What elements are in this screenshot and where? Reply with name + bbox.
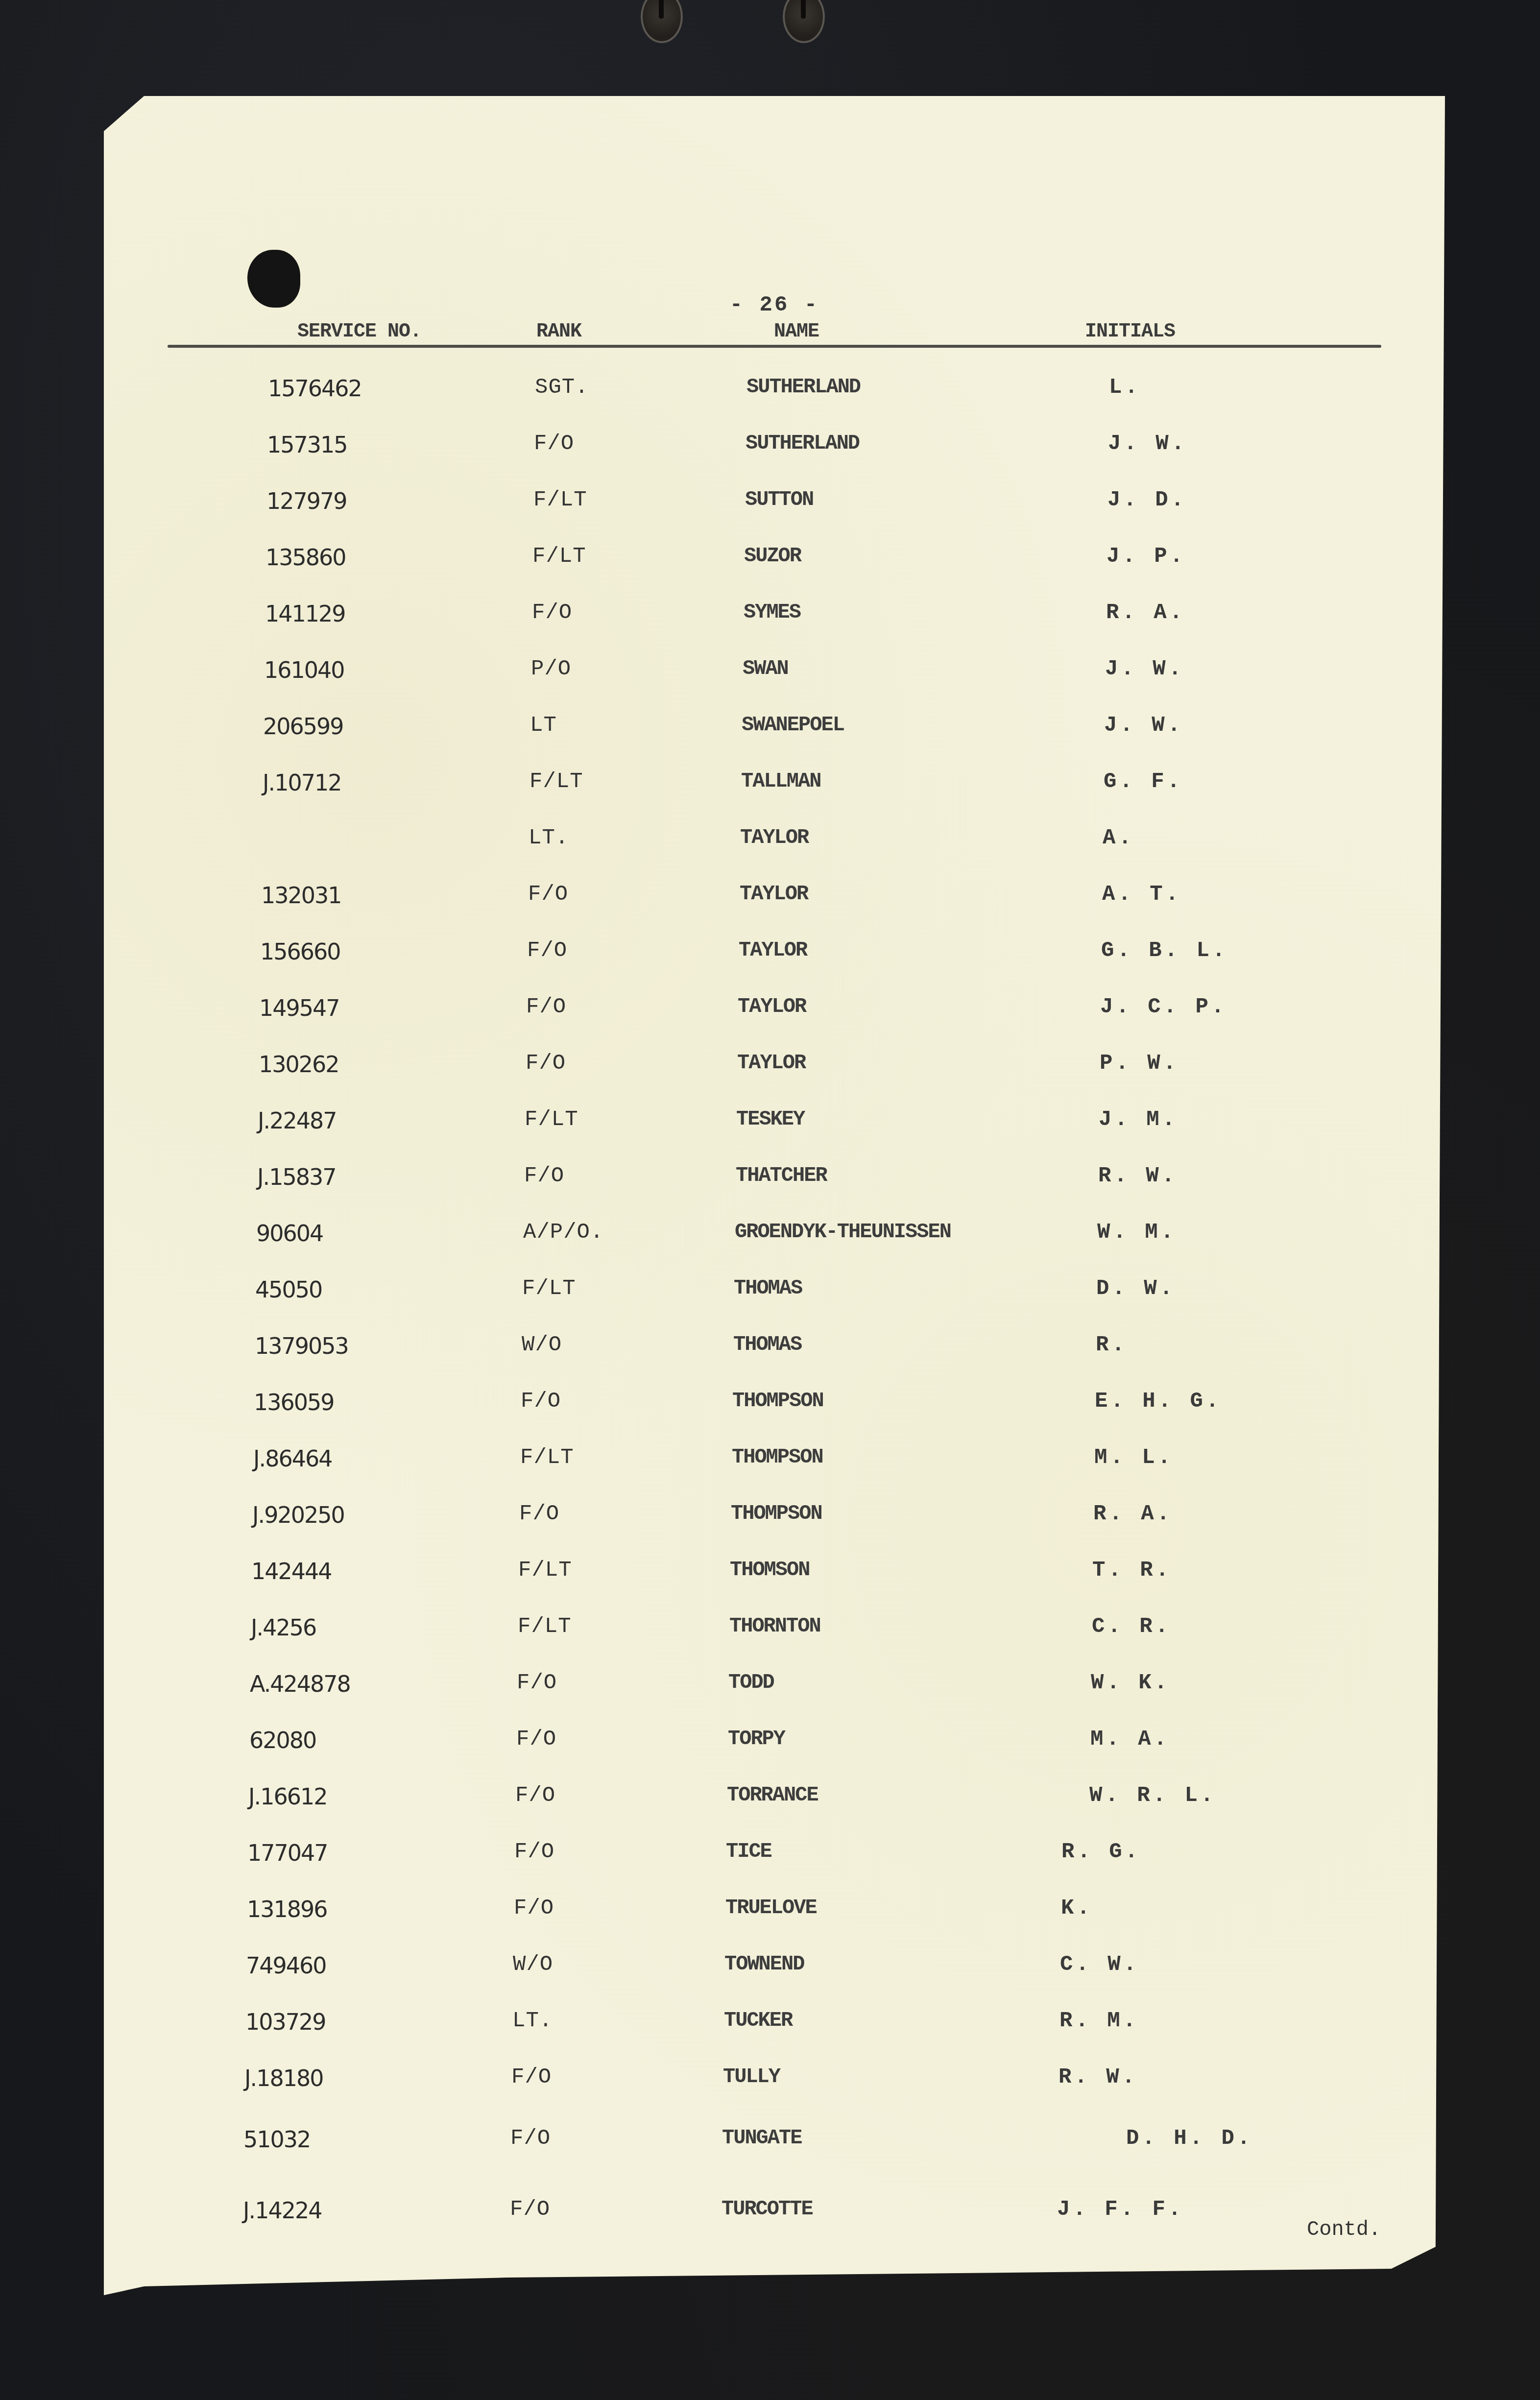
column-header-initials: INITIALS [1085, 321, 1175, 343]
rank-cell: F/LT [529, 769, 583, 794]
table-row: 131896F/OTRUELOVEK. [104, 1896, 1445, 1925]
initials-cell: R. G. [1061, 1840, 1141, 1864]
surname-cell: TUNGATE [722, 2126, 801, 2150]
table-row: 749460W/OTOWNENDC. W. [104, 1952, 1445, 1982]
service-number-cell: 45050 [255, 1276, 322, 1303]
binder-clip-left-icon [641, 0, 683, 43]
service-number-cell: 177047 [247, 1840, 328, 1866]
service-number-cell: 62080 [249, 1727, 316, 1753]
initials-cell: K. [1061, 1896, 1093, 1920]
rank-cell: W/O [522, 1333, 562, 1357]
rank-cell: F/LT [518, 1614, 572, 1639]
surname-cell: THATCHER [736, 1164, 827, 1187]
service-number-cell: J.15837 [257, 1164, 336, 1190]
service-number-cell: J.16612 [248, 1783, 327, 1810]
table-row: A.424878F/OTODDW. K. [104, 1671, 1445, 1700]
initials-cell: R. A. [1093, 1502, 1173, 1526]
initials-cell: W. M. [1097, 1220, 1177, 1245]
column-header-rank: RANK [536, 321, 581, 343]
table-row: J.18180F/OTULLYR. W. [104, 2065, 1445, 2094]
service-number-cell: 149547 [259, 995, 339, 1021]
surname-cell: THOMAS [733, 1333, 801, 1356]
table-row: LT.TAYLORA. [104, 826, 1445, 855]
surname-cell: TAYLOR [740, 826, 808, 849]
rank-cell: F/O [526, 1051, 566, 1076]
rank-cell: F/LT [532, 544, 586, 569]
service-number-cell: J.4256 [251, 1614, 316, 1641]
table-row: J.22487F/LTTESKEYJ. M. [104, 1107, 1445, 1137]
service-number-cell: 132031 [261, 882, 341, 909]
rank-cell: F/O [514, 1840, 554, 1864]
rank-cell: F/O [514, 1896, 554, 1920]
rank-cell: F/O [524, 1164, 564, 1188]
initials-cell: D. H. D. [1126, 2126, 1253, 2151]
rank-cell: F/O [510, 2197, 550, 2222]
initials-cell: R. [1096, 1333, 1128, 1357]
table-row: 156660F/OTAYLORG. B. L. [104, 938, 1445, 968]
surname-cell: TICE [726, 1840, 771, 1863]
surname-cell: TRUELOVE [725, 1896, 817, 1920]
table-row: 161040P/OSWANJ. W. [104, 657, 1445, 686]
service-number-cell: 130262 [259, 1051, 339, 1078]
initials-cell: A. T. [1102, 882, 1181, 907]
table-row: 136059F/OTHOMPSONE. H. G. [104, 1389, 1445, 1418]
initials-cell: J. W. [1104, 713, 1183, 738]
surname-cell: GROENDYK-THEUNISSEN [735, 1220, 951, 1244]
service-number-cell: 141129 [265, 600, 345, 627]
rank-cell: LT. [529, 826, 569, 850]
column-header-name: NAME [774, 321, 819, 343]
service-number-cell: 127979 [266, 488, 347, 514]
service-number-cell: A.424878 [250, 1671, 350, 1697]
initials-cell: P. W. [1100, 1051, 1179, 1076]
table-row: J.15837F/OTHATCHERR. W. [104, 1164, 1445, 1193]
service-number-cell: 142444 [251, 1558, 332, 1584]
service-number-cell: J.14224 [243, 2197, 322, 2224]
service-number-cell: 749460 [246, 1952, 326, 1979]
typed-document-page: - 26 - SERVICE NO. RANK NAME INITIALS 15… [104, 96, 1445, 2295]
initials-cell: G. B. L. [1101, 938, 1228, 963]
surname-cell: TURCOTTE [722, 2197, 813, 2221]
surname-cell: TOWNEND [724, 1952, 804, 1976]
table-row: J.86464F/LTTHOMPSONM. L. [104, 1445, 1445, 1475]
service-number-cell: J.18180 [244, 2065, 323, 2091]
binder-clip-right-icon [783, 0, 825, 43]
service-number-cell: J.920250 [252, 1502, 344, 1528]
table-row: 127979F/LTSUTTONJ. D. [104, 488, 1445, 517]
surname-cell: TAYLOR [738, 995, 806, 1018]
rank-cell: F/LT [522, 1276, 576, 1301]
table-row: J.16612F/OTORRANCEW. R. L. [104, 1783, 1445, 1813]
table-row: 142444F/LTTHOMSONT. R. [104, 1558, 1445, 1587]
initials-cell: A. [1103, 826, 1134, 850]
rank-cell: A/P/O. [523, 1220, 603, 1245]
service-number-cell: 161040 [264, 657, 344, 683]
table-row: 90604A/P/O.GROENDYK-THEUNISSENW. M. [104, 1220, 1445, 1249]
service-number-cell: 131896 [247, 1896, 327, 1922]
initials-cell: C. W. [1060, 1952, 1139, 1977]
rank-cell: F/O [521, 1389, 561, 1414]
surname-cell: THOMPSON [732, 1389, 823, 1413]
table-row: J.10712F/LTTALLMANG. F. [104, 769, 1445, 799]
table-row: 1379053W/OTHOMASR. [104, 1333, 1445, 1362]
initials-cell: J. P. [1107, 544, 1186, 569]
initials-cell: G. F. [1104, 769, 1183, 794]
surname-cell: SUTTON [745, 488, 813, 511]
rank-cell: F/LT [525, 1107, 578, 1132]
rank-cell: F/O [516, 1727, 556, 1752]
page-number: - 26 - [104, 293, 1445, 317]
surname-cell: TAYLOR [739, 938, 807, 962]
table-row: 132031F/OTAYLORA. T. [104, 882, 1445, 912]
rank-cell: F/O [511, 2065, 552, 2089]
service-number-cell: 90604 [256, 1220, 323, 1247]
table-row: 177047F/OTICER. G. [104, 1840, 1445, 1869]
table-header: SERVICE NO. RANK NAME INITIALS [104, 321, 1445, 345]
surname-cell: THORNTON [729, 1614, 820, 1638]
service-number-cell: J.22487 [258, 1107, 337, 1134]
service-number-cell: 136059 [254, 1389, 334, 1416]
initials-cell: J. W. [1108, 432, 1187, 456]
service-number-cell: 51032 [243, 2126, 310, 2153]
table-row: 1576462SGT.SUTHERLANDL. [104, 375, 1445, 405]
table-row: 206599LTSWANEPOELJ. W. [104, 713, 1445, 743]
rank-cell: W/O [513, 1952, 553, 1977]
initials-cell: J. W. [1105, 657, 1184, 681]
table-row: J.4256F/LTTHORNTONC. R. [104, 1614, 1445, 1644]
rank-cell: SGT. [535, 375, 589, 400]
initials-cell: C. R. [1092, 1614, 1171, 1639]
rank-cell: F/LT [520, 1445, 574, 1470]
rank-cell: F/O [532, 600, 572, 625]
column-header-service-no: SERVICE NO. [297, 321, 421, 343]
service-number-cell: 156660 [260, 938, 340, 965]
initials-cell: J. D. [1107, 488, 1187, 512]
rank-cell: F/O [519, 1502, 559, 1526]
surname-cell: SYMES [744, 600, 800, 624]
surname-cell: SUZOR [744, 544, 801, 568]
service-number-cell: 1379053 [255, 1333, 348, 1359]
rank-cell: F/O [510, 2126, 551, 2151]
initials-cell: M. A. [1090, 1727, 1170, 1752]
table-row: 157315F/OSUTHERLANDJ. W. [104, 432, 1445, 461]
surname-cell: TUCKER [724, 2009, 792, 2032]
surname-cell: THOMPSON [732, 1445, 823, 1469]
rank-cell: F/O [517, 1671, 557, 1695]
initials-cell: W. R. L. [1089, 1783, 1216, 1808]
continued-note: Contd. [1307, 2218, 1381, 2241]
initials-cell: R. M. [1059, 2009, 1139, 2033]
service-number-cell: J.86464 [253, 1445, 332, 1472]
table-row: J.14224F/OTURCOTTEJ. F. F. [104, 2197, 1445, 2227]
surname-cell: SWANEPOEL [742, 713, 844, 737]
surname-cell: TAYLOR [740, 882, 808, 906]
table-row: J.920250F/OTHOMPSONR. A. [104, 1502, 1445, 1531]
table-row: 103729LT.TUCKERR. M. [104, 2009, 1445, 2038]
initials-cell: E. H. G. [1095, 1389, 1222, 1414]
surname-cell: TODD [728, 1671, 774, 1694]
surname-cell: TULLY [723, 2065, 780, 2088]
rank-cell: F/O [526, 995, 566, 1019]
initials-cell: W. K. [1091, 1671, 1170, 1695]
initials-cell: R. W. [1059, 2065, 1138, 2089]
table-row: 135860F/LTSUZORJ. P. [104, 544, 1445, 574]
surname-cell: THOMPSON [731, 1502, 822, 1525]
surname-cell: TAYLOR [737, 1051, 805, 1075]
initials-cell: J. C. P. [1100, 995, 1227, 1019]
initials-cell: J. F. F. [1057, 2197, 1184, 2222]
surname-cell: SUTHERLAND [746, 375, 860, 399]
service-number-cell: 1576462 [268, 375, 361, 402]
header-rule [168, 345, 1381, 348]
initials-cell: R. A. [1106, 600, 1185, 625]
service-number-cell: 103729 [245, 2009, 326, 2035]
surname-cell: SUTHERLAND [746, 432, 859, 455]
table-row: 62080F/OTORPYM. A. [104, 1727, 1445, 1756]
rank-cell: LT. [512, 2009, 553, 2033]
initials-cell: L. [1109, 375, 1141, 400]
rank-cell: F/O [534, 432, 574, 456]
surname-cell: THOMAS [734, 1276, 802, 1300]
rank-cell: F/O [527, 938, 567, 963]
surname-cell: TESKEY [736, 1107, 804, 1131]
initials-cell: T. R. [1092, 1558, 1172, 1583]
service-number-cell: 157315 [267, 432, 347, 458]
surname-cell: TORRANCE [727, 1783, 818, 1807]
rank-cell: F/O [515, 1783, 555, 1808]
table-row: 130262F/OTAYLORP. W. [104, 1051, 1445, 1080]
service-number-cell: J.10712 [263, 769, 341, 796]
rank-cell: LT [530, 713, 557, 738]
table-row: 141129F/OSYMESR. A. [104, 600, 1445, 630]
surname-cell: TORPY [728, 1727, 785, 1751]
table-row: 45050F/LTTHOMASD. W. [104, 1276, 1445, 1306]
initials-cell: R. W. [1098, 1164, 1178, 1188]
table-row: 149547F/OTAYLORJ. C. P. [104, 995, 1445, 1024]
surname-cell: THOMSON [730, 1558, 809, 1582]
initials-cell: J. M. [1099, 1107, 1178, 1132]
surname-cell: TALLMAN [741, 769, 820, 793]
service-number-cell: 135860 [265, 544, 346, 571]
initials-cell: D. W. [1096, 1276, 1176, 1301]
service-number-cell: 206599 [263, 713, 343, 740]
initials-cell: M. L. [1094, 1445, 1174, 1470]
rank-cell: P/O [531, 657, 571, 681]
surname-cell: SWAN [743, 657, 788, 680]
table-row: 51032F/OTUNGATED. H. D. [104, 2126, 1445, 2156]
rank-cell: F/LT [533, 488, 587, 512]
rank-cell: F/O [528, 882, 568, 907]
rank-cell: F/LT [518, 1558, 572, 1583]
